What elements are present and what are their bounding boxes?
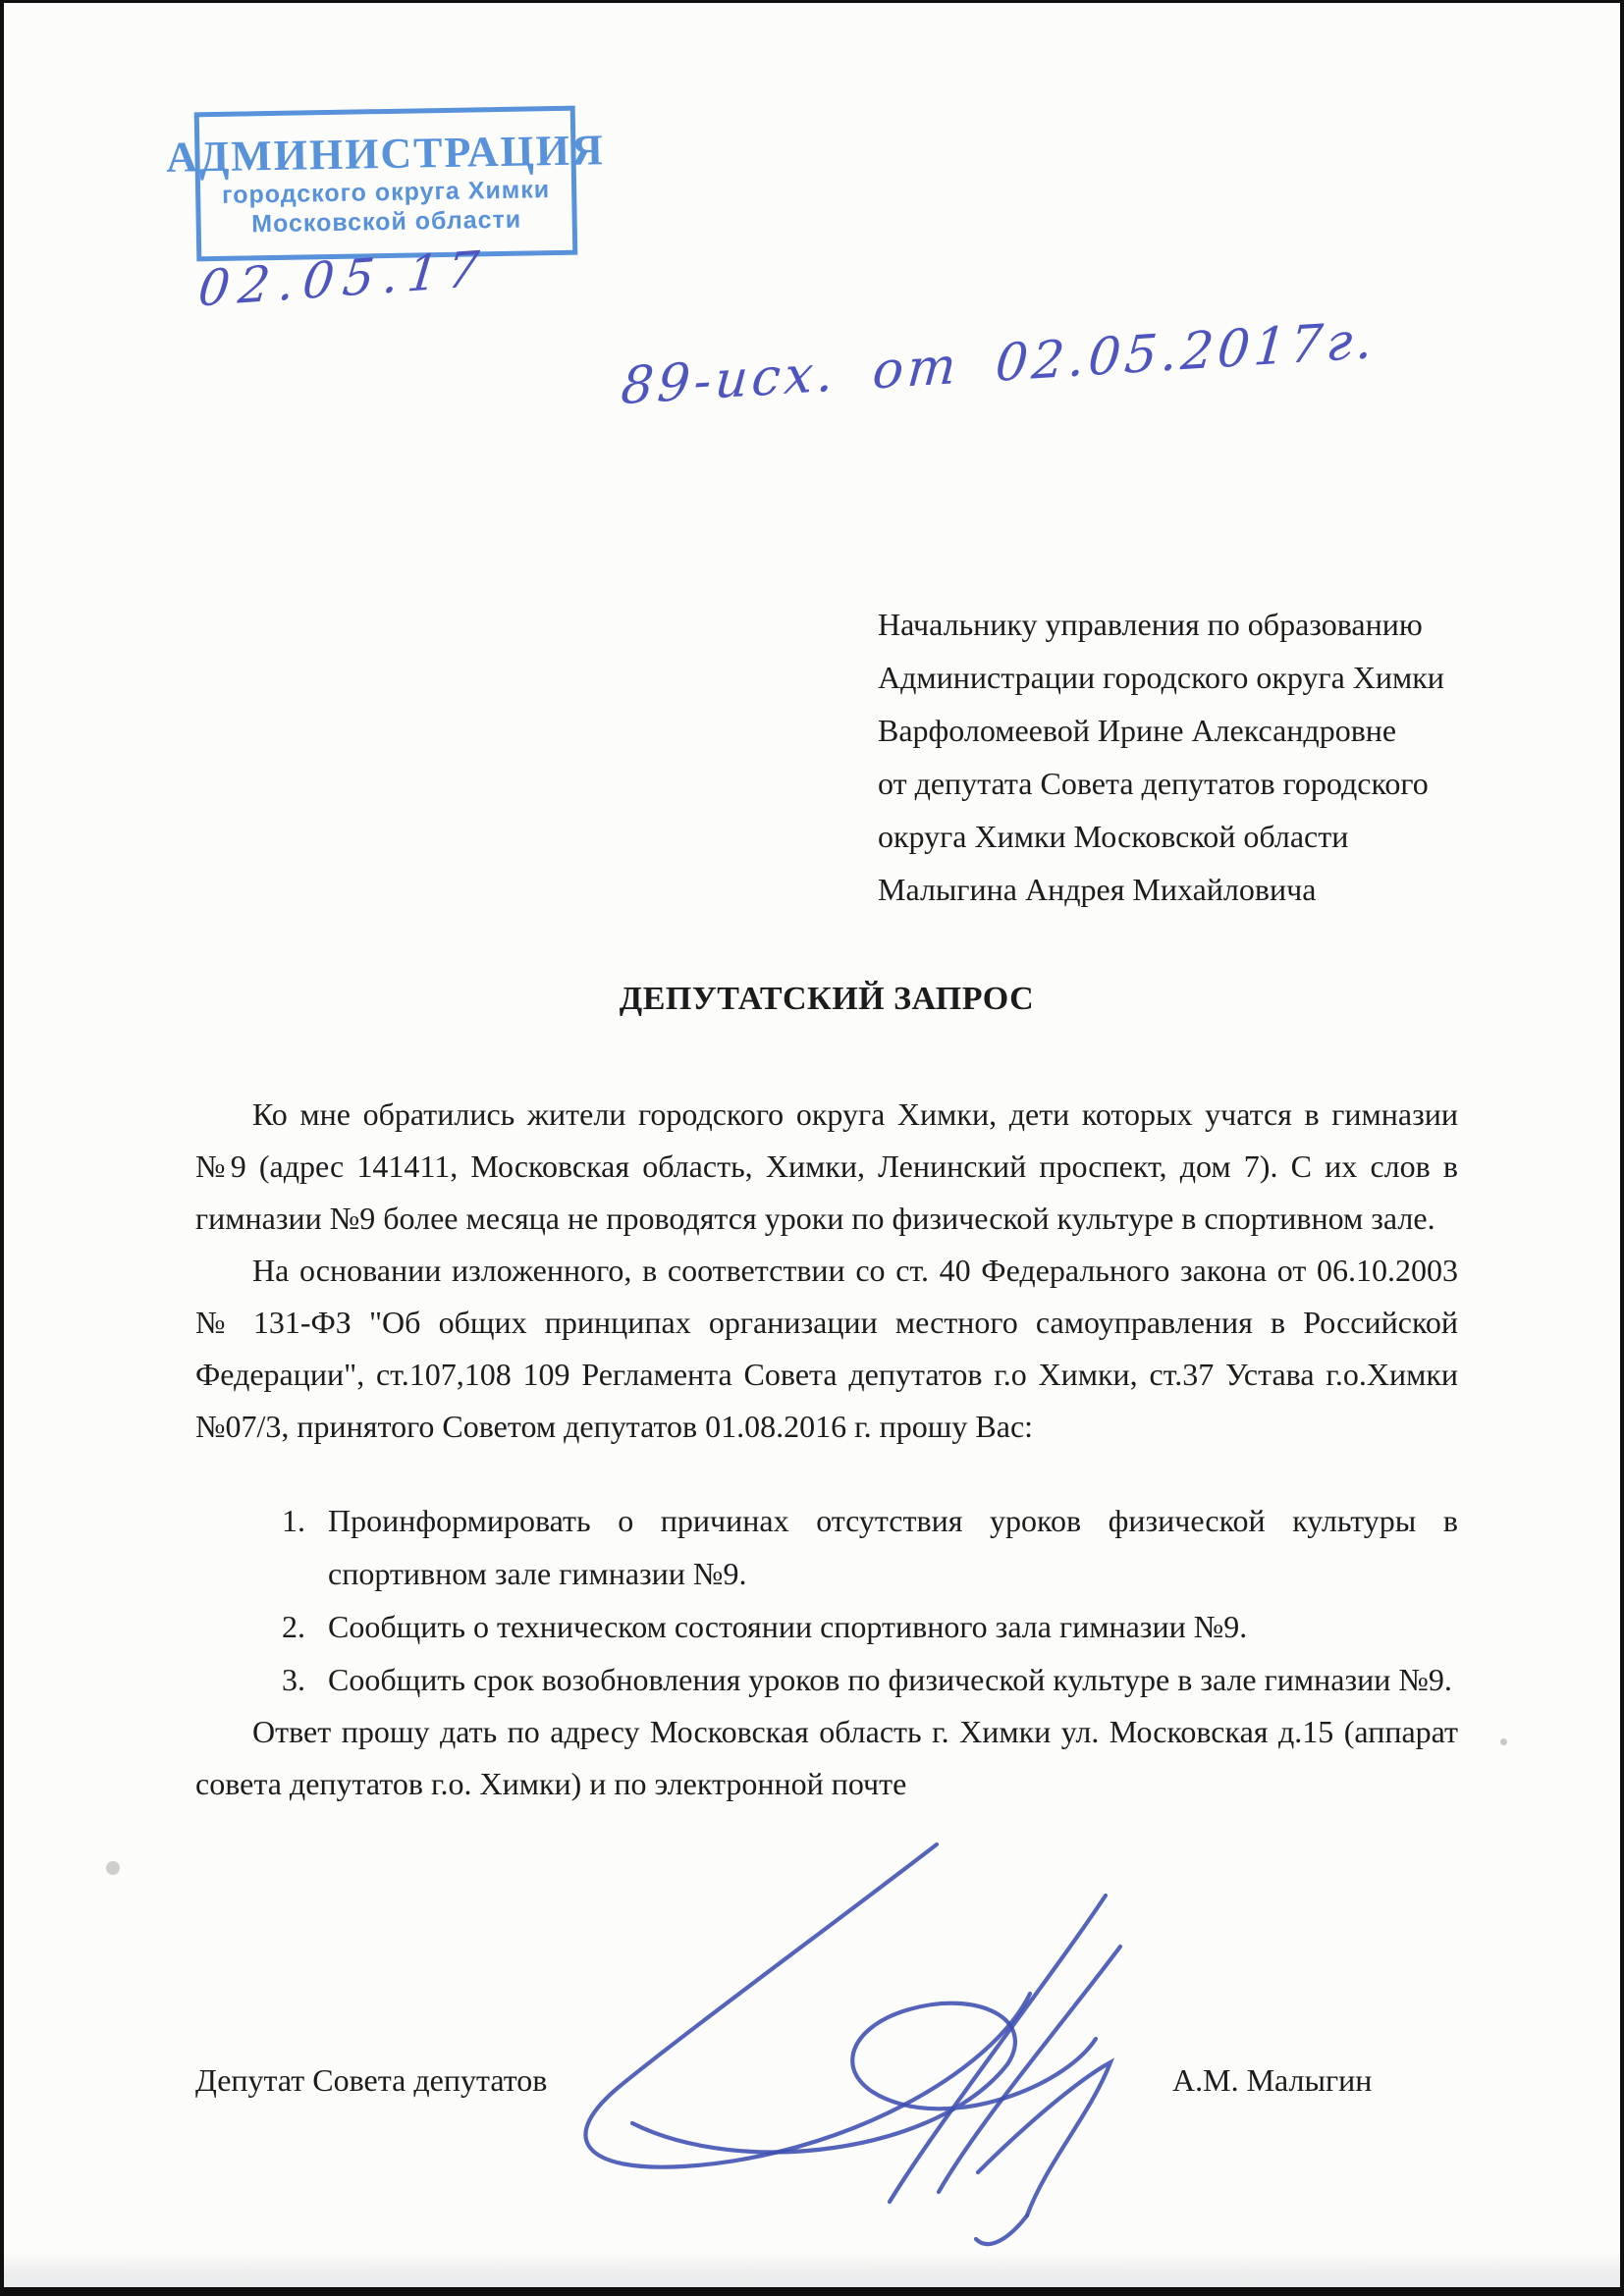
list-item-number: 3. <box>282 1653 305 1706</box>
list-item-text: Проинформировать о причинах отсутствия у… <box>328 1503 1458 1591</box>
paragraph-legal-basis: На основании изложенного, в соответствии… <box>195 1245 1458 1453</box>
letter-body: Ко мне обратились жители городского окру… <box>195 1089 1458 1810</box>
scan-speck <box>106 1861 120 1875</box>
addressee-line: от депутата Совета депутатов городского <box>878 757 1487 810</box>
stamp-region-line: Московской области <box>251 205 521 240</box>
list-item-number: 2. <box>282 1600 305 1653</box>
addressee-line: Начальнику управления по образованию <box>878 598 1487 651</box>
scanned-letter-page: АДМИНИСТРАЦИЯ городского округа Химки Мо… <box>0 0 1624 2296</box>
paragraph-intro: Ко мне обратились жители городского окру… <box>195 1089 1458 1245</box>
scan-speck <box>1500 1738 1507 1745</box>
addressee-line: округа Химки Московской области <box>878 810 1487 863</box>
signature-name: А.М. Малыгин <box>1172 2062 1372 2099</box>
list-item-text: Сообщить о техническом состоянии спортив… <box>328 1609 1247 1644</box>
request-list: 1. Проинформировать о причинах отсутстви… <box>195 1494 1458 1706</box>
list-item: 3. Сообщить срок возобновления уроков по… <box>195 1653 1458 1706</box>
list-item: 1. Проинформировать о причинах отсутстви… <box>195 1494 1458 1600</box>
addressee-line: Варфоломеевой Ирине Александровне <box>878 704 1487 757</box>
stamp-org-name: АДМИНИСТРАЦИЯ <box>166 127 605 182</box>
scan-bottom-shadow <box>4 2252 1620 2287</box>
registration-note-handwritten: 89-исх. от 02.05.2017г. <box>619 308 1427 416</box>
addressee-line: Малыгина Андрея Михайловича <box>878 863 1487 916</box>
administration-stamp: АДМИНИСТРАЦИЯ городского округа Химки Мо… <box>194 106 578 262</box>
signature-scribble <box>514 1827 1153 2269</box>
addressee-line: Администрации городского округа Химки <box>878 651 1487 704</box>
list-item-text: Сообщить срок возобновления уроков по фи… <box>328 1662 1452 1697</box>
document-title: ДЕПУТАТСКИЙ ЗАПРОС <box>195 981 1458 1018</box>
signature-position-label: Депутат Совета депутатов <box>195 2062 547 2099</box>
list-item: 2. Сообщить о техническом состоянии спор… <box>195 1600 1458 1653</box>
addressee-block: Начальнику управления по образованию Адм… <box>878 598 1487 916</box>
list-item-number: 1. <box>282 1494 305 1547</box>
closing-paragraph: Ответ прошу дать по адресу Московская об… <box>195 1706 1458 1810</box>
